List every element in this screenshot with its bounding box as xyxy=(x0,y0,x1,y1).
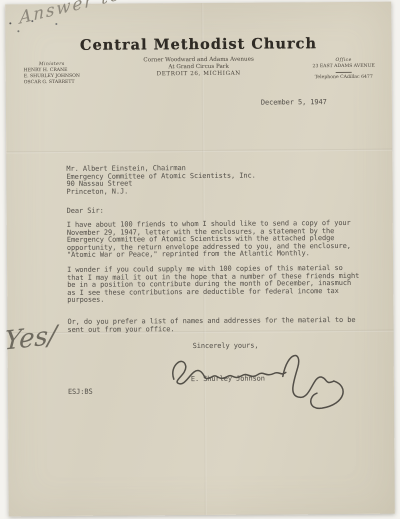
recipient-line: Princeton, N.J. xyxy=(67,186,363,196)
minister-name: OSCAR G. STARRETT xyxy=(24,80,80,86)
office-address: 23 EAST ADAMS AVENUE xyxy=(294,64,394,71)
salutation: Dear Sir: xyxy=(67,206,363,216)
paragraph-1: I have about 100 friends to whom I shoul… xyxy=(67,220,363,260)
handwritten-note-yes: Yes/ xyxy=(4,321,58,357)
handwritten-note-answer-today: Answer today xyxy=(19,0,157,29)
letterhead-ministers-block: Ministers HENRY H. CRANE E. SHURLEY JOHN… xyxy=(24,62,80,86)
paragraph-2: I wonder if you could supply me with 100… xyxy=(67,265,363,305)
letterhead-church-name: Central Methodist Church xyxy=(5,35,391,55)
letterhead-office-block: Office 23 EAST ADAMS AVENUE Telephone CA… xyxy=(294,58,394,82)
photo-backdrop: Answer today Yes/ Central Methodist Chur… xyxy=(0,0,400,519)
letter-date: December 5, 1947 xyxy=(261,99,327,107)
letter-paper: Answer today Yes/ Central Methodist Chur… xyxy=(5,2,395,517)
reference-initials: ESJ:BS xyxy=(68,389,93,397)
paragraph-3: Or, do you prefer a list of names and ad… xyxy=(67,317,363,334)
fold-crease-vertical xyxy=(201,3,207,515)
paper-specks xyxy=(9,22,11,24)
office-divider xyxy=(336,72,352,73)
fold-crease-top xyxy=(6,149,392,154)
recipient-address-block: Mr. Albert Einstein, Chairman Emergency … xyxy=(66,164,362,196)
signed-name: E. Shurley Johnson xyxy=(191,376,265,384)
office-phone: Telephone CAdillac 6477 xyxy=(294,75,394,82)
